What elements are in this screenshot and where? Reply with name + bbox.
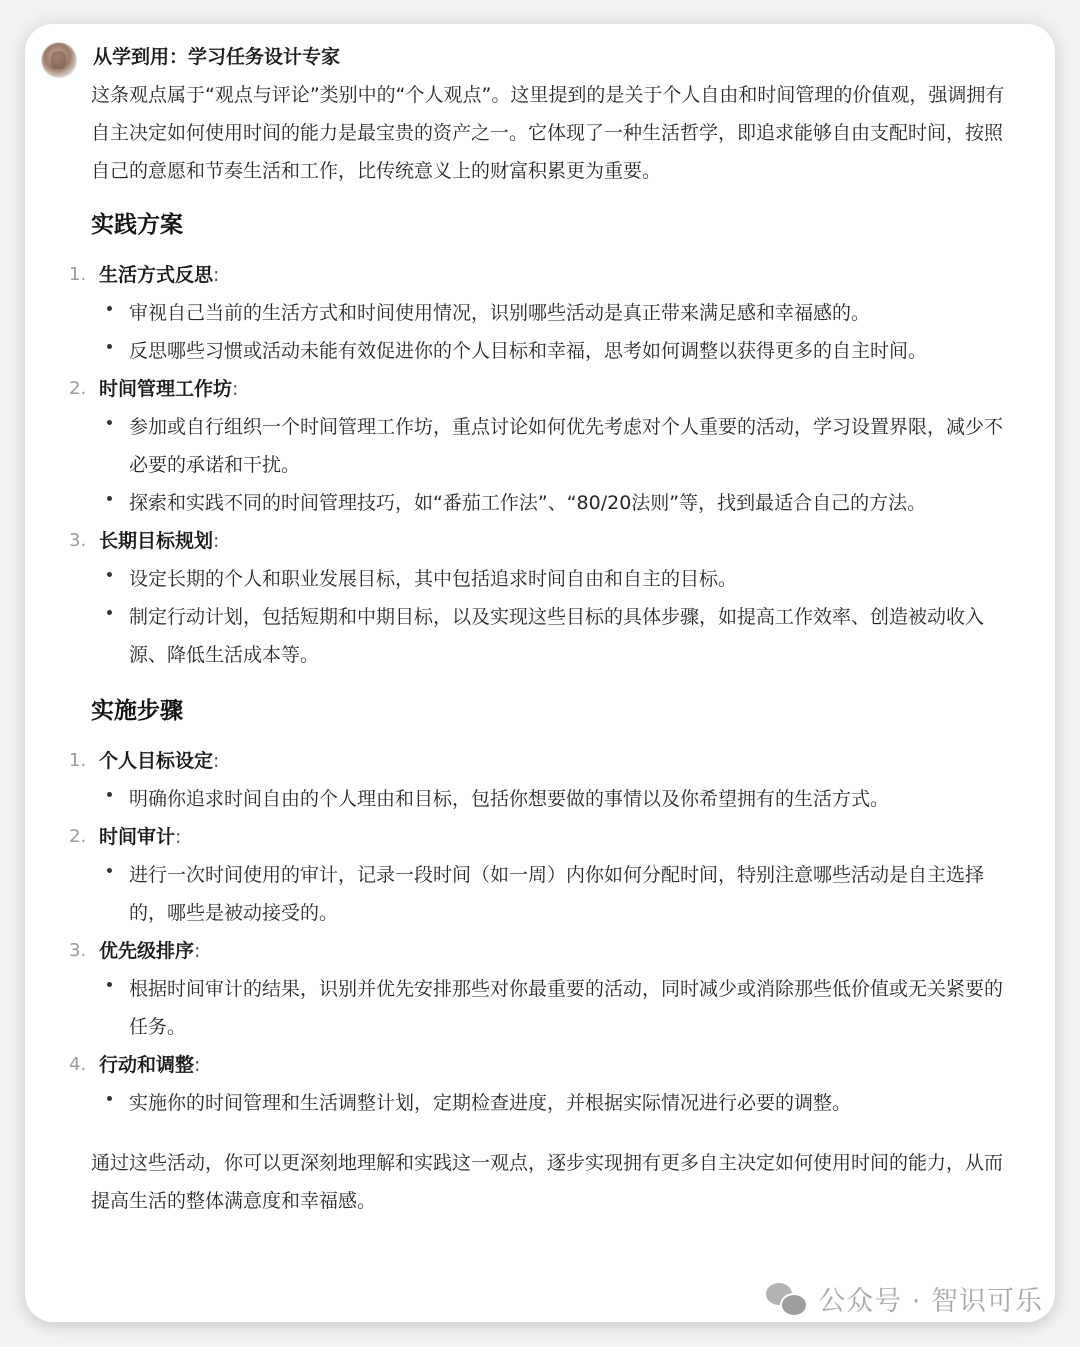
list-item-title: 行动和调整: [99, 1054, 194, 1076]
section-title-practice: 实践方案: [91, 206, 1021, 244]
bullet-icon: [107, 496, 112, 501]
list-item-title: 生活方式反思: [99, 264, 213, 286]
section-title-steps: 实施步骤: [91, 692, 1021, 730]
list-number: 3.: [69, 522, 86, 560]
bullet-item: 进行一次时间使用的审计，记录一段时间（如一周）内你如何分配时间，特别注意哪些活动…: [91, 856, 1021, 932]
bullet-icon: [107, 610, 112, 615]
watermark-text: 公众号 · 智识可乐: [818, 1279, 1043, 1318]
assistant-avatar[interactable]: [41, 42, 77, 78]
watermark: 公众号 · 智识可乐: [766, 1279, 1043, 1318]
list-item-title: 长期目标规划: [99, 530, 213, 552]
message-header: 从学到用：学习任务设计专家: [41, 42, 340, 78]
list-item: 2. 时间管理工作坊:: [91, 370, 1021, 408]
bullet-item: 制定行动计划，包括短期和中期目标，以及实现这些目标的具体步骤，如提高工作效率、创…: [91, 598, 1021, 674]
list-number: 2.: [69, 370, 86, 408]
list-number: 1.: [69, 742, 86, 780]
bullet-icon: [107, 792, 112, 797]
bullet-icon: [107, 344, 112, 349]
bullet-icon: [107, 868, 112, 873]
list-number: 3.: [69, 932, 86, 970]
bullet-item: 审视自己当前的生活方式和时间使用情况，识别哪些活动是真正带来满足感和幸福感的。: [91, 294, 1021, 332]
bullet-icon: [107, 572, 112, 577]
list-item-title: 时间管理工作坊: [99, 378, 232, 400]
bullet-icon: [107, 306, 112, 311]
list-item: 1. 个人目标设定:: [91, 742, 1021, 780]
conclusion-paragraph: 通过这些活动，你可以更深刻地理解和实践这一观点，逐步实现拥有更多自主决定如何使用…: [91, 1144, 1021, 1220]
list-item-title: 时间审计: [99, 826, 175, 848]
bullet-icon: [107, 982, 112, 987]
assistant-name: 从学到用：学习任务设计专家: [93, 43, 340, 71]
list-item-title: 优先级排序: [99, 940, 194, 962]
message-body: 这条观点属于“观点与评论”类别中的“个人观点”。这里提到的是关于个人自由和时间管…: [91, 76, 1021, 1220]
list-item: 4. 行动和调整:: [91, 1046, 1021, 1084]
bullet-item: 明确你追求时间自由的个人理由和目标，包括你想要做的事情以及你希望拥有的生活方式。: [91, 780, 1021, 818]
list-item: 3. 优先级排序:: [91, 932, 1021, 970]
list-item: 3. 长期目标规划:: [91, 522, 1021, 560]
list-item: 2. 时间审计:: [91, 818, 1021, 856]
bullet-item: 根据时间审计的结果，识别并优先安排那些对你最重要的活动，同时减少或消除那些低价值…: [91, 970, 1021, 1046]
bullet-item: 反思哪些习惯或活动未能有效促进你的个人目标和幸福，思考如何调整以获得更多的自主时…: [91, 332, 1021, 370]
list-number: 4.: [69, 1046, 86, 1084]
bullet-icon: [107, 1096, 112, 1101]
bullet-icon: [107, 420, 112, 425]
list-number: 2.: [69, 818, 86, 856]
chat-message-card: 从学到用：学习任务设计专家 这条观点属于“观点与评论”类别中的“个人观点”。这里…: [25, 24, 1055, 1322]
bullet-item: 设定长期的个人和职业发展目标，其中包括追求时间自由和自主的目标。: [91, 560, 1021, 598]
list-item-title: 个人目标设定: [99, 750, 213, 772]
bullet-item: 探索和实践不同的时间管理技巧，如“番茄工作法”、“80/20法则”等，找到最适合…: [91, 484, 1021, 522]
list-item: 1. 生活方式反思:: [91, 256, 1021, 294]
wechat-icon: [766, 1283, 808, 1315]
list-number: 1.: [69, 256, 86, 294]
bullet-item: 参加或自行组织一个时间管理工作坊，重点讨论如何优先考虑对个人重要的活动，学习设置…: [91, 408, 1021, 484]
bullet-item: 实施你的时间管理和生活调整计划，定期检查进度，并根据实际情况进行必要的调整。: [91, 1084, 1021, 1122]
intro-paragraph: 这条观点属于“观点与评论”类别中的“个人观点”。这里提到的是关于个人自由和时间管…: [91, 76, 1021, 190]
